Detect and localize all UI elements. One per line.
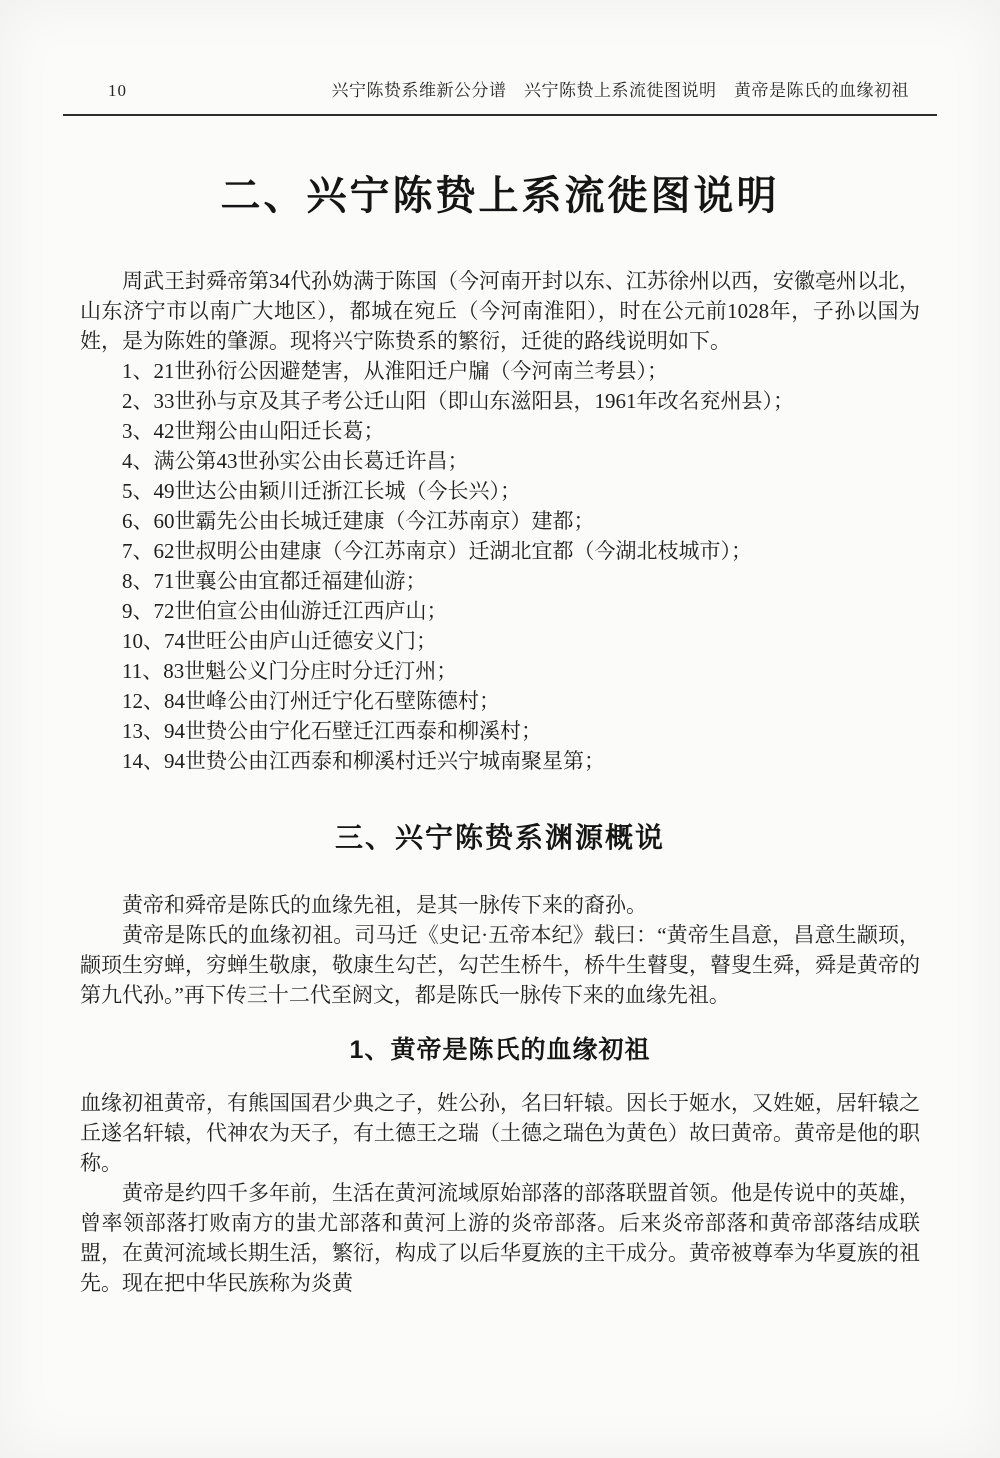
migration-item: 4、满公第43世孙实公由长葛迁许昌； (80, 446, 920, 476)
intro-paragraph: 周武王封舜帝第34代孙妫满于陈国（今河南开封以东、江苏徐州以西，安徽亳州以北，山… (80, 266, 920, 356)
migration-item: 11、83世魁公义门分庄时分迁汀州； (80, 656, 920, 686)
section-title-origin: 三、兴宁陈贽系渊源概说 (80, 818, 920, 858)
chapter-title: 二、兴宁陈贽上系流徙图说明 (0, 168, 1000, 224)
huangdi-paragraph-2: 黄帝是约四千多年前，生活在黄河流域原始部落的部落联盟首领。他是传说中的英雄，曾率… (80, 1178, 920, 1298)
migration-item: 6、60世霸先公由长城迁建康（今江苏南京）建都； (80, 506, 920, 536)
migration-item: 2、33世孙与京及其子考公迁山阳（即山东滋阳县，1961年改名兖州县）； (80, 386, 920, 416)
migration-item: 5、49世达公由颖川迁浙江长城（今长兴）； (80, 476, 920, 506)
page-number: 10 (63, 81, 127, 101)
page-body: 周武王封舜帝第34代孙妫满于陈国（今河南开封以东、江苏徐州以西，安徽亳州以北，山… (80, 266, 920, 1298)
migration-item: 1、21世孙衍公因避楚害，从淮阳迁户牖（今河南兰考县）； (80, 356, 920, 386)
migration-item: 8、71世襄公由宜都迁福建仙游； (80, 566, 920, 596)
migration-item: 13、94世贽公由宁化石壁迁江西泰和柳溪村； (80, 716, 920, 746)
migration-item: 7、62世叔明公由建康（今江苏南京）迁湖北宜都（今湖北枝城市）； (80, 536, 920, 566)
migration-item: 10、74世旺公由庐山迁德安义门； (80, 626, 920, 656)
migration-item: 9、72世伯宣公由仙游迁江西庐山； (80, 596, 920, 626)
migration-item: 12、84世峰公由汀州迁宁化石壁陈德村； (80, 686, 920, 716)
origin-paragraph-2: 黄帝是陈氏的血缘初祖。司马迁《史记·五帝本纪》载曰：“黄帝生昌意，昌意生颛顼，颛… (80, 920, 920, 1010)
migration-item: 3、42世翔公由山阳迁长葛； (80, 416, 920, 446)
running-header-text: 兴宁陈贽系维新公分谱 兴宁陈贽上系流徙图说明 黄帝是陈氏的血缘初祖 (127, 76, 937, 101)
subsection-title-huangdi: 1、黄帝是陈氏的血缘初祖 (80, 1032, 920, 1068)
scanned-book-page: 10 兴宁陈贽系维新公分谱 兴宁陈贽上系流徙图说明 黄帝是陈氏的血缘初祖 二、兴… (0, 0, 1000, 1458)
migration-item: 14、94世贽公由江西泰和柳溪村迁兴宁城南聚星第； (80, 746, 920, 776)
running-header: 10 兴宁陈贽系维新公分谱 兴宁陈贽上系流徙图说明 黄帝是陈氏的血缘初祖 (63, 76, 937, 101)
huangdi-paragraph-1: 血缘初祖黄帝，有熊国国君少典之子，姓公孙，名曰轩辕。因长于姬水，又姓姬，居轩辕之… (80, 1088, 920, 1178)
migration-list: 1、21世孙衍公因避楚害，从淮阳迁户牖（今河南兰考县）； 2、33世孙与京及其子… (80, 356, 920, 776)
header-divider (63, 114, 937, 116)
origin-paragraph-1: 黄帝和舜帝是陈氏的血缘先祖，是其一脉传下来的裔孙。 (80, 890, 920, 920)
